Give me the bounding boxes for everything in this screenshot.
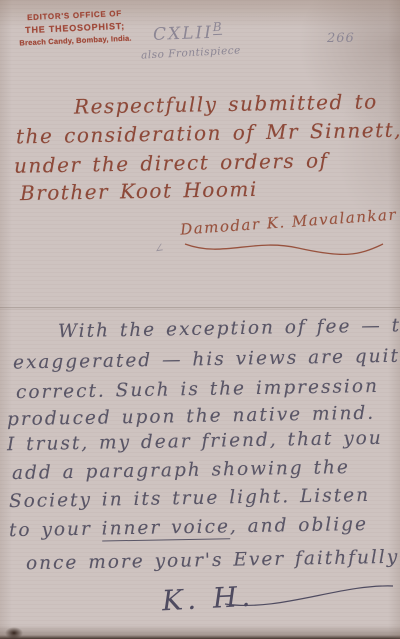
catalog-number: CXLII	[153, 23, 214, 45]
page-number: 266	[327, 31, 355, 46]
pencil-line: add a paragraph showing the	[12, 457, 350, 484]
pencil-line8-underlined: inner voice	[102, 516, 231, 541]
letter-scan-page: EDITOR'S OFFICE OF THE THEOSOPHIST; Brea…	[0, 0, 400, 639]
red-ink-line: Brother Koot Hoomi	[20, 177, 258, 205]
red-ink-line: the consideration of Mr Sinnett,	[16, 118, 400, 149]
signature-flourish	[183, 236, 388, 260]
damodar-signature: Damodar K. Mavalankar	[180, 205, 398, 238]
pencil-line: With the exception of fee — too	[58, 315, 400, 342]
red-ink-line: under the direct orders of	[14, 148, 329, 177]
red-ink-line: Respectfully submitted to	[74, 89, 378, 118]
frontispiece-note: also Frontispiece	[141, 44, 241, 61]
pencil-line: once more your's Ever faithfully	[26, 547, 400, 575]
pencil-tick-mark: ∠	[153, 240, 165, 255]
paper-blemish	[5, 627, 23, 639]
fold-crease-shadow	[0, 309, 400, 310]
pencil-line: Society in its true light. Listen	[9, 485, 370, 512]
stamp-line-3: Breach Candy, Bombay, India.	[12, 33, 138, 47]
pencil-line8-post: , and oblige	[230, 514, 368, 537]
pencil-line-inner-voice: to your inner voice, and oblige	[9, 514, 368, 541]
pencil-line: correct. Such is the impression	[16, 376, 379, 403]
fold-crease	[0, 307, 400, 308]
kh-signature-flourish	[225, 580, 395, 612]
pencil-line: exaggerated — his views are quite	[13, 346, 400, 374]
pencil-line: I trust, my dear friend, that you	[7, 428, 383, 456]
editors-office-stamp: EDITOR'S OFFICE OF THE THEOSOPHIST; Brea…	[11, 8, 138, 47]
pencil-line: produced upon the native mind.	[7, 403, 375, 430]
pencil-line8-pre: to your	[9, 519, 102, 542]
catalog-number-annotation: CXLIIB	[153, 20, 222, 45]
catalog-suffix: B	[212, 20, 221, 35]
